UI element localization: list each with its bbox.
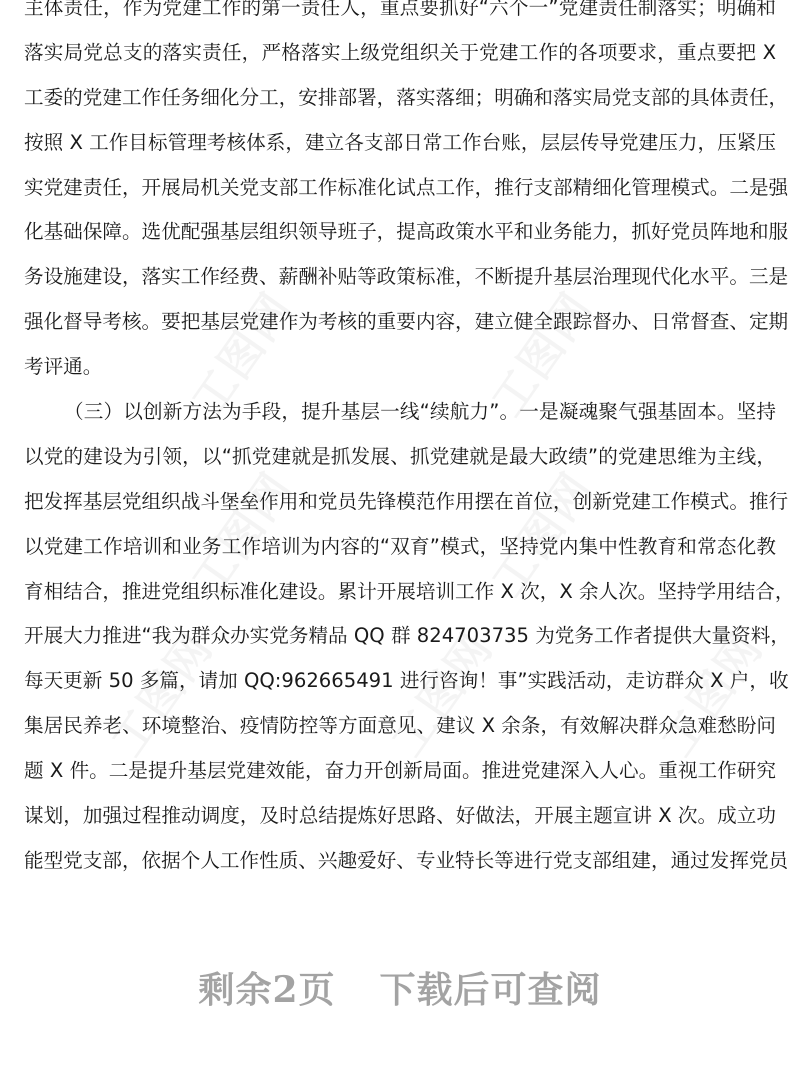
text-line: 开展大力推进“我为群众办实党务精品 QQ 群 824703735 为党务工作者提… <box>24 614 776 659</box>
text-line: 育相结合，推进党组织标准化建设。累计开展培训工作 X 次，X 余人次。坚持学用结… <box>24 570 776 615</box>
text-line: 落实局党总支的落实责任，严格落实上级党组织关于党建工作的各项要求，重点要把 X <box>24 31 776 76</box>
text-line: 谋划，加强过程推动调度，及时总结提炼好思路、好做法，开展主题宣讲 X 次。成立功 <box>24 794 776 839</box>
document-page: 工图网 工图网 工图网 工图网 工图网 工图网 工图网 主体责任，作为党建工作的… <box>0 0 800 1068</box>
text-line: 题 X 件。二是提升基层党建效能，奋力开创新局面。推进党建深入人心。重视工作研究 <box>24 749 776 794</box>
text-line: 按照 X 工作目标管理考核体系，建立各支部日常工作台账，层层传导党建压力，压紧压 <box>24 121 776 166</box>
text-line: 以党建工作培训和业务工作培训为内容的“双育”模式，坚持党内集中性教育和常态化教 <box>24 525 776 570</box>
text-line: 集居民养老、环境整治、疫情防控等方面意见、建议 X 余条，有效解决群众急难愁盼问 <box>24 704 776 749</box>
text-line: 能型党支部，依据个人工作性质、兴趣爱好、专业特长等进行党支部组建，通过发挥党员 <box>24 839 776 884</box>
text-line: 考评通。 <box>24 345 776 390</box>
text-line: 主体责任，作为党建工作的第一责任人，重点要抓好“六个一”党建责任制落实；明确和 <box>24 0 776 31</box>
text-line: 强化督导考核。要把基层党建作为考核的重要内容，建立健全跟踪督办、日常督查、定期 <box>24 300 776 345</box>
document-body-text: 主体责任，作为党建工作的第一责任人，重点要抓好“六个一”党建责任制落实；明确和 … <box>24 0 776 884</box>
text-line: 务设施建设，落实工作经费、薪酬补贴等政策标准，不断提升基层治理现代化水平。三是 <box>24 255 776 300</box>
text-line: 工委的党建工作任务细化分工，安排部署，落实落细；明确和落实局党支部的具体责任， <box>24 76 776 121</box>
text-line: 以党的建设为引领，以“抓党建就是抓发展、抓党建就是最大政绩”的党建思维为主线， <box>24 435 776 480</box>
text-line: 把发挥基层党组织战斗堡垒作用和党员先锋模范作用摆在首位，创新党建工作模式。推行 <box>24 480 776 525</box>
download-hint-label: 下载后可查阅 <box>380 969 602 1011</box>
text-line: 实党建责任，开展局机关党支部工作标准化试点工作，推行支部精细化管理模式。二是强 <box>24 166 776 211</box>
remaining-pages-label: 剩余2页 <box>198 969 335 1011</box>
section-heading-line: （三）以创新方法为手段，提升基层一线“续航力”。一是凝魂聚气强基固本。坚持 <box>24 390 776 435</box>
download-prompt-banner[interactable]: 剩余2页下载后可查阅 <box>0 962 800 1013</box>
text-line: 每天更新 50 多篇，请加 QQ:962665491 进行咨询！事”实践活动，走… <box>24 659 776 704</box>
text-line: 化基础保障。选优配强基层组织领导班子，提高政策水平和业务能力，抓好党员阵地和服 <box>24 210 776 255</box>
